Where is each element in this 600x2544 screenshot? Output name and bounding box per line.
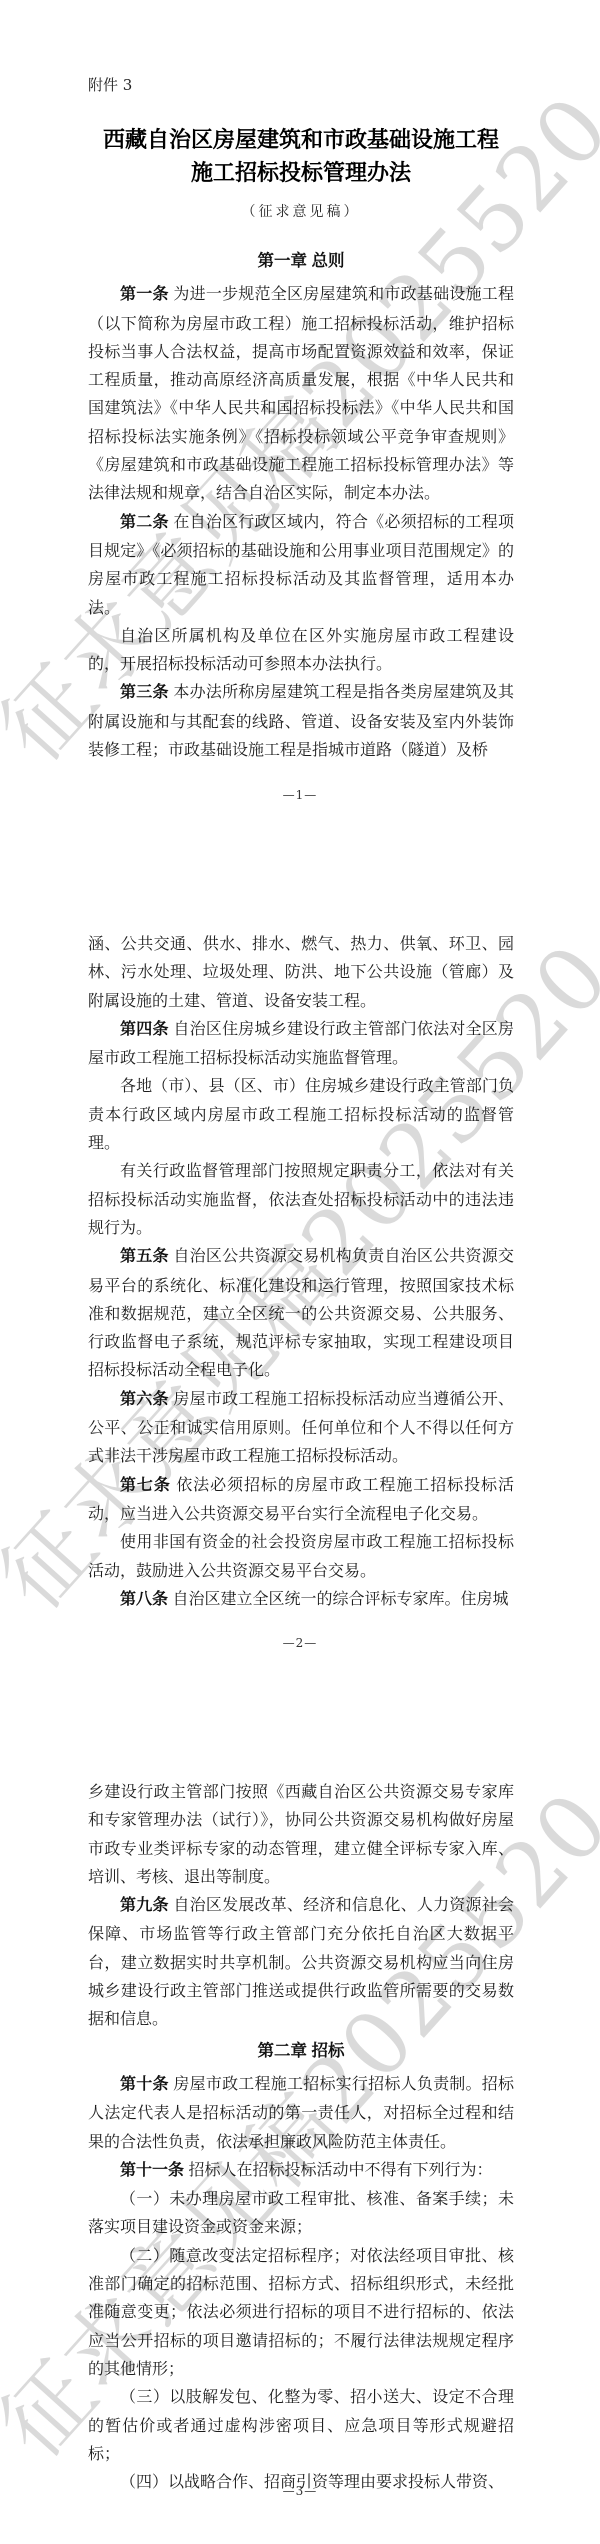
article-number: 第一条: [120, 286, 173, 303]
paragraph: 第十条 房屋市政工程施工招标实行招标人负责制。招标人法定代表人是招标活动的第一责…: [88, 2070, 514, 2156]
paragraph: 有关行政监督管理部门按照规定职责分工，依法对有关招标投标活动实施监督，依法查处招…: [88, 1157, 514, 1242]
page-3: 征求意见稿2025520 乡建设行政主管部门按照《西藏自治区公共资源交易专家库和…: [0, 1696, 600, 2544]
article-number: 第六条: [120, 1391, 173, 1408]
page-1-body: 第一章 总则第一条 为进一步规范全区房屋建筑和市政基础设施工程（以下简称为房屋市…: [88, 247, 514, 764]
article-number: 第八条: [120, 1591, 172, 1608]
article-number: 第四条: [120, 1021, 173, 1038]
paragraph: （三）以肢解发包、化整为零、招小送大、设定不合理的暂估价或者通过虚构涉密项目、应…: [88, 2383, 514, 2468]
paragraph: 第十一条 招标人在招标投标活动中不得有下列行为：: [88, 2156, 514, 2185]
article-number: 第十一条: [120, 2162, 188, 2179]
paragraph: 第二条 在自治区行政区域内，符合《必须招标的工程项目规定》《必须招标的基础设施和…: [88, 508, 514, 622]
attachment-label: 附件 3: [88, 0, 514, 96]
paragraph: （二）随意改变法定招标程序；对依法经项目审批、核准部门确定的招标范围、招标方式、…: [88, 2242, 514, 2383]
article-number: 第三条: [120, 684, 173, 701]
page-2-body: 涵、公共交通、供水、排水、燃气、热力、供氧、环卫、园林、污水处理、垃圾处理、防洪…: [88, 848, 514, 1614]
document-title: 西藏自治区房屋建筑和市政基础设施工程施工招标投标管理办法: [88, 124, 514, 190]
paragraph: 第八条 自治区建立全区统一的综合评标专家库。住房城: [88, 1585, 514, 1614]
article-number: 第二条: [120, 514, 173, 531]
paragraph: 自治区所属机构及单位在区外实施房屋市政工程建设的，开展招标投标活动可参照本办法执…: [88, 622, 514, 679]
chapter-heading: 第一章 总则: [88, 247, 514, 275]
chapter-heading: 第二章 招标: [88, 2037, 514, 2065]
page-number: —1—: [0, 788, 600, 802]
paragraph: 乡建设行政主管部门按照《西藏自治区公共资源交易专家库和专家管理办法（试行）》，协…: [88, 1778, 514, 1891]
title-line-1: 西藏自治区房屋建筑和市政基础设施工程: [103, 127, 499, 153]
paragraph: 第三条 本办法所称房屋建筑工程是指各类房屋建筑及其附属设施和与其配套的线路、管道…: [88, 678, 514, 764]
page-number: —2—: [0, 1636, 600, 1650]
page-3-body: 乡建设行政主管部门按照《西藏自治区公共资源交易专家库和专家管理办法（试行）》，协…: [88, 1696, 514, 2496]
paragraph: 涵、公共交通、供水、排水、燃气、热力、供氧、环卫、园林、污水处理、垃圾处理、防洪…: [88, 930, 514, 1015]
document-subtitle: （征求意见稿）: [88, 201, 514, 221]
paragraph: （一）未办理房屋市政工程审批、核准、备案手续；未落实项目建设资金或资金来源；: [88, 2185, 514, 2242]
paragraph: 第六条 房屋市政工程施工招标投标活动应当遵循公开、公平、公正和诚实信用原则。任何…: [88, 1385, 514, 1471]
article-number: 第十条: [120, 2076, 173, 2093]
paragraph: 第七条 依法必须招标的房屋市政工程施工招标投标活动，应当进入公共资源交易平台实行…: [88, 1471, 514, 1529]
paragraph: 第九条 自治区发展改革、经济和信息化、人力资源社会保障、市场监管等行政主管部门充…: [88, 1891, 514, 2033]
paragraph: 第四条 自治区住房城乡建设行政主管部门依法对全区房屋市政工程施工招标投标活动实施…: [88, 1015, 514, 1073]
paragraph: 第五条 自治区公共资源交易机构负责自治区公共资源交易平台的系统化、标准化建设和运…: [88, 1242, 514, 1384]
article-number: 第九条: [120, 1897, 173, 1914]
page-number: —3—: [0, 2484, 600, 2498]
article-number: 第七条: [120, 1477, 176, 1494]
paragraph: 第一条 为进一步规范全区房屋建筑和市政基础设施工程（以下简称为房屋市政工程）施工…: [88, 280, 514, 507]
paragraph: 各地（市）、县（区、市）住房城乡建设行政主管部门负责本行政区域内房屋市政工程施工…: [88, 1072, 514, 1157]
paragraph: 使用非国有资金的社会投资房屋市政工程施工招标投标活动，鼓励进入公共资源交易平台交…: [88, 1528, 514, 1585]
page-1: 征求意见稿2025520 附件 3 西藏自治区房屋建筑和市政基础设施工程施工招标…: [0, 0, 600, 848]
article-number: 第五条: [120, 1248, 173, 1265]
document: 征求意见稿2025520 附件 3 西藏自治区房屋建筑和市政基础设施工程施工招标…: [0, 0, 600, 2544]
title-line-2: 施工招标投标管理办法: [191, 160, 411, 186]
page-2: 征求意见稿2025520 涵、公共交通、供水、排水、燃气、热力、供氧、环卫、园林…: [0, 848, 600, 1696]
